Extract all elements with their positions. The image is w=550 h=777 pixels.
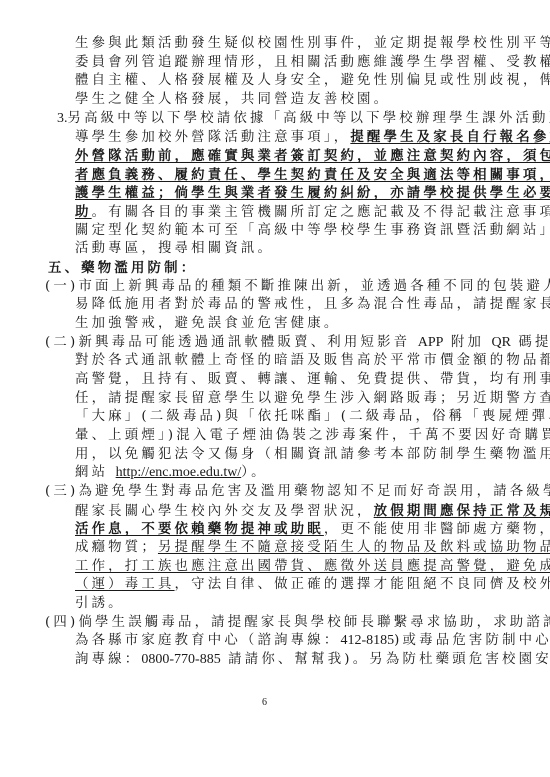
text-segment: ，守法自律、做正確的選擇才能阻絕不良同儕及校外人士 <box>175 577 550 592</box>
text-segment: 生參與此類活動發生疑似校園性別事件，並定期提報學校性別平等教育 <box>75 36 550 51</box>
text-segment: 外營隊活動前，應確實與業者簽訂契約，並應注意契約內容，須包含業 <box>75 148 550 164</box>
text-segment: )或毒品危害防制中心(諮 <box>394 633 550 648</box>
text-segment: 為各縣市家庭教育中心（諮詢專線： <box>75 633 340 648</box>
text-segment: 護學生權益；倘學生與業者發生履約糾紛，亦請學校提供學生必要協 <box>75 185 550 201</box>
text-line: 五、藥物濫用防制： <box>48 259 197 278</box>
text-line: (一)市面上新興毒品的種類不斷推陳出新，並透過各種不同的包裝避人耳目 <box>45 278 550 296</box>
text-segment: 提醒學生及家長自行報名參加校 <box>350 129 550 145</box>
text-segment: 碼提供貨品， <box>511 335 550 350</box>
text-line: (四)倘學生誤觸毒品，請提醒家長與學校師長聯繫尋求協助，求助諮詢專線 <box>45 614 550 632</box>
text-segment: 成癮物質； <box>75 540 158 555</box>
document-page: 生參與此類活動發生疑似校園性別事件，並定期提報學校性別平等教育委員會列管追蹤辦理… <box>0 0 550 777</box>
text-segment: (一)市面上新興毒品的種類不斷推陳出新，並透過各種不同的包裝避人耳目 <box>45 279 550 294</box>
text-segment: 詢專線： <box>75 652 141 667</box>
text-segment: （運）毒工具 <box>75 577 175 592</box>
text-line: 體自主權、人格發展權及人身安全，避免性別偏見或性別歧視，俾增進 <box>75 72 550 90</box>
text-line: 成癮物質；另提醒學生不隨意接受陌生人的物品及飲料或協助物品托帶 <box>75 539 550 557</box>
text-line: 高警覺，且持有、販賣、轉讓、運輸、免費提供、帶貨，均有刑事責 <box>75 371 550 389</box>
text-line: 醒家長關心學生校內外交友及學習狀況，放假期間應保持正常及規律生 <box>75 502 550 521</box>
text-segment: 。有關各目的事業主管機關所訂定之應記載及不得記載注意事項和相 <box>92 205 550 220</box>
text-segment: 任，請提醒家長留意學生以避免學生涉入網路販毒；另近期警方查獲 <box>75 391 550 406</box>
text-segment: (四)倘學生誤觸毒品，請提醒家長與學校師長聯繫尋求協助，求助諮詢專線 <box>45 615 550 630</box>
text-line: 助。有關各目的事業主管機關所訂定之應記載及不得記載注意事項和相 <box>75 203 550 222</box>
text-segment: 易降低施用者對於毒品的警戒性，且多為混合性毒品，請提醒家長及學 <box>75 297 550 312</box>
text-line: 生加強警戒，避免誤食並危害健康。 <box>75 315 340 333</box>
text-segment: 放假期間應保持正常及規律生 <box>374 503 550 519</box>
text-line: （運）毒工具，守法自律、做正確的選擇才能阻絕不良同儕及校外人士 <box>75 576 550 594</box>
text-line: 工作，打工族也應注意出國帶貨、應徵外送員應提高警覺，避免成為販 <box>75 558 550 576</box>
text-segment: 另提醒學生不隨意接受陌生人的物品及飲料或協助物品托帶 <box>158 540 550 555</box>
text-line: 委員會列管追蹤辦理情形，且相關活動應維護學生學習權、受教權、身 <box>75 54 550 72</box>
text-segment: 「大麻」(二級毒品)與「依托咪酯」(二級毒品，俗稱「喪屍煙彈、一口 <box>75 409 550 424</box>
text-line: 關定型化契約範本可至「高級中等學校學生事務資訊暨活動網站」學生 <box>75 222 550 240</box>
text-segment: ）。 <box>241 465 267 480</box>
text-segment: 關定型化契約範本可至「高級中等學校學生事務資訊暨活動網站」學生 <box>75 223 550 238</box>
text-line: 外營隊活動前，應確實與業者簽訂契約，並應注意契約內容，須包含業 <box>75 147 550 166</box>
text-segment: 活作息，不要依賴藥物提神或助眠 <box>75 521 324 537</box>
text-segment: 暈、上頭煙」)混入電子煙油偽裝之涉毒案件，千萬不要因好奇購買、使 <box>75 428 550 443</box>
text-segment: 委員會列管追蹤辦理情形，且相關活動應維護學生學習權、受教權、身 <box>75 55 550 70</box>
text-segment: 醒家長關心學生校內外交友及學習狀況， <box>75 504 374 519</box>
text-line: 用，以免觸犯法令又傷身（相關資訊請參考本部防制學生藥物濫用資源 <box>75 446 550 464</box>
text-segment: 導學生參加校外營隊活動注意事項」， <box>75 130 350 145</box>
text-line: (三)為避免學生對毒品危害及濫用藥物認知不足而好奇誤用，請各級學校提 <box>45 483 550 501</box>
text-segment: 體自主權、人格發展權及人身安全，避免性別偏見或性別歧視，俾增進 <box>75 73 550 88</box>
text-line: 易降低施用者對於毒品的警戒性，且多為混合性毒品，請提醒家長及學 <box>75 296 550 314</box>
text-line: 活作息，不要依賴藥物提神或助眠，更不能使用非醫師處方藥物，拒絕 <box>75 520 550 539</box>
text-segment: 學生之健全人格發展，共同營造友善校園。 <box>75 92 390 107</box>
text-segment: 引誘。 <box>75 596 125 611</box>
resource-link[interactable]: http://enc.moe.edu.tw/ <box>116 465 242 480</box>
text-segment: 者應負義務、履約責任、學生契約責任及安全與適法等相關事項，以維 <box>75 167 550 183</box>
text-line: 詢專線：0800-770-885 請請你、幫幫我)。另為防杜藥頭危害校園安全， <box>75 651 550 669</box>
text-line: 學生之健全人格發展，共同營造友善校園。 <box>75 91 390 109</box>
text-segment: 3. <box>57 111 68 126</box>
text-segment: 網站 <box>75 465 116 480</box>
text-line: 生參與此類活動發生疑似校園性別事件，並定期提報學校性別平等教育 <box>75 35 550 53</box>
text-line: 對於各式通訊軟體上奇怪的暗語及販售高於平常市價金額的物品都要提 <box>75 352 550 370</box>
text-line: 者應負義務、履約責任、學生契約責任及安全與適法等相關事項，以維 <box>75 166 550 185</box>
text-segment: (三)為避免學生對毒品危害及濫用藥物認知不足而好奇誤用，請各級學校提 <box>45 484 550 499</box>
text-segment: QR <box>492 335 511 350</box>
text-line: 3.另高級中等以下學校請依據「高級中等以下學校辦理學生課外活動及輔 <box>57 110 550 128</box>
text-line: 為各縣市家庭教育中心（諮詢專線：412-8185)或毒品危害防制中心(諮 <box>75 632 550 650</box>
text-segment: 高警覺，且持有、販賣、轉讓、運輸、免費提供、帶貨，均有刑事責 <box>75 372 550 387</box>
text-segment: 助 <box>75 204 92 220</box>
text-segment: 附加 <box>443 335 491 350</box>
text-line: (二)新興毒品可能透過通訊軟體販賣、利用短影音 APP 附加 QR 碼提供貨品， <box>45 334 550 352</box>
text-line: 活動專區，搜尋相關資訊。 <box>75 240 274 258</box>
text-segment: 用，以免觸犯法令又傷身（相關資訊請參考本部防制學生藥物濫用資源 <box>75 447 550 462</box>
text-line: 「大麻」(二級毒品)與「依托咪酯」(二級毒品，俗稱「喪屍煙彈、一口 <box>75 408 550 426</box>
text-segment: (二)新興毒品可能透過通訊軟體販賣、利用短影音 <box>45 335 418 350</box>
text-segment: 0800-770-885 <box>141 652 220 667</box>
text-line: 護學生權益；倘學生與業者發生履約糾紛，亦請學校提供學生必要協 <box>75 184 550 203</box>
text-segment: 活動專區，搜尋相關資訊。 <box>75 241 274 256</box>
text-segment: 工作，打工族也應注意出國帶貨、應徵外送員應提高警覺，避免成為販 <box>75 559 550 574</box>
text-segment: 412-8185 <box>340 633 394 648</box>
text-segment: APP <box>418 335 444 350</box>
text-line: 任，請提醒家長留意學生以避免學生涉入網路販毒；另近期警方查獲 <box>75 390 550 408</box>
text-segment: ，更不能使用非醫師處方藥物，拒絕 <box>324 522 550 537</box>
text-segment: 請請你、幫幫我)。另為防杜藥頭危害校園安全， <box>221 652 550 667</box>
text-line: 導學生參加校外營隊活動注意事項」，提醒學生及家長自行報名參加校 <box>75 128 550 147</box>
text-line: 網站 http://enc.moe.edu.tw/）。 <box>75 464 268 482</box>
text-line: 暈、上頭煙」)混入電子煙油偽裝之涉毒案件，千萬不要因好奇購買、使 <box>75 427 550 445</box>
text-segment: 另高級中等以下學校請依據「高級中等以下學校辦理學生課外活動及輔 <box>68 111 550 126</box>
text-segment: 生加強警戒，避免誤食並危害健康。 <box>75 316 340 331</box>
text-segment: 五、藥物濫用防制： <box>48 260 197 276</box>
page-number: 6 <box>262 697 267 708</box>
text-line: 引誘。 <box>75 595 125 613</box>
text-segment: 對於各式通訊軟體上奇怪的暗語及販售高於平常市價金額的物品都要提 <box>75 353 550 368</box>
